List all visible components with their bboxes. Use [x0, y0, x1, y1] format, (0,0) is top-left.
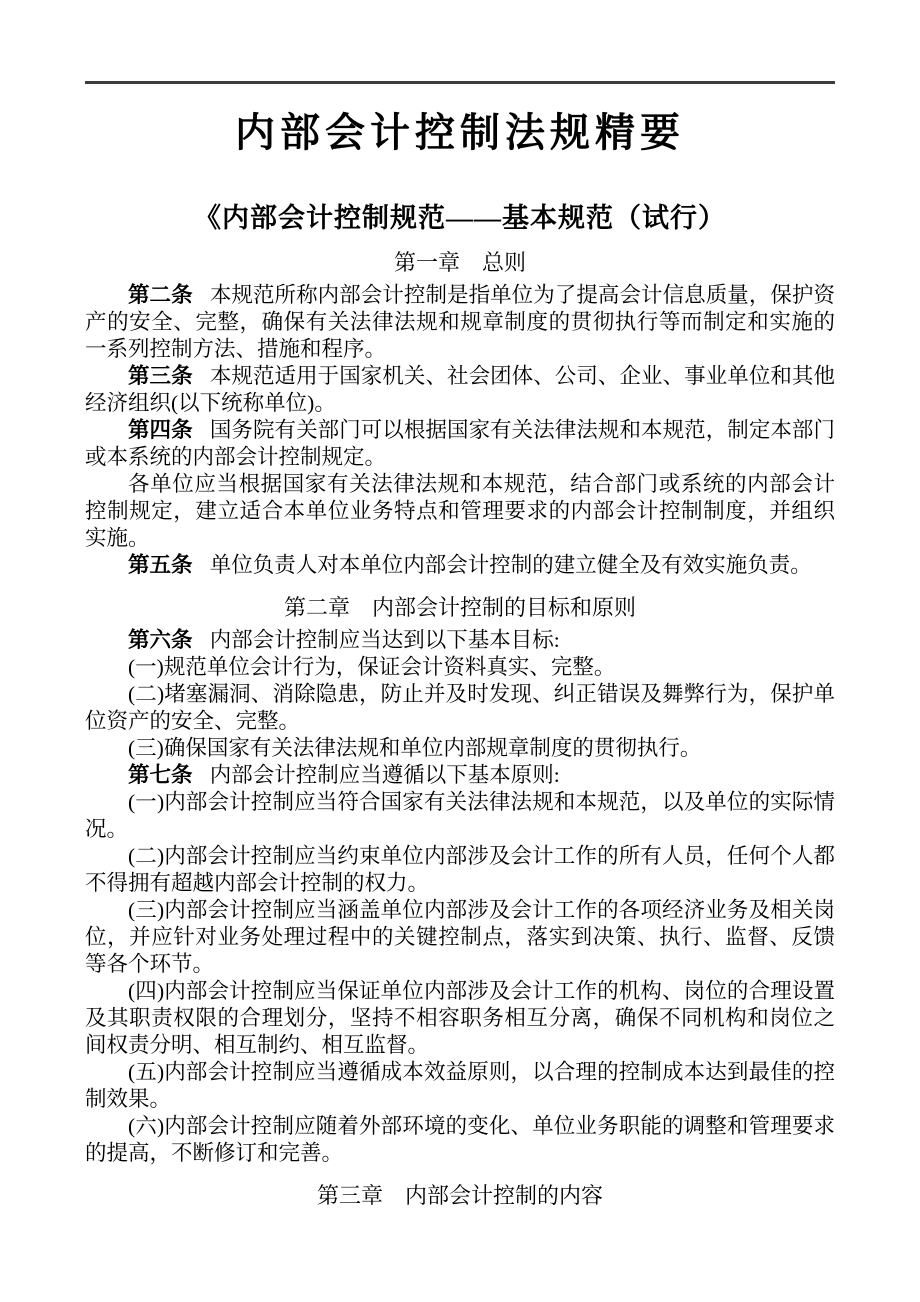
- article-label: 第六条: [128, 628, 193, 652]
- paragraph: (二)堵塞漏洞、消除隐患，防止并及时发现、纠正错误及舞弊行为，保护单位资产的安全…: [85, 681, 835, 735]
- paragraph: 第三条本规范适用于国家机关、社会团体、公司、企业、事业单位和其他经济组织(以下统…: [85, 363, 835, 417]
- paragraph: 第四条国务院有关部门可以根据国家有关法律法规和本规范，制定本部门或本系统的内部会…: [85, 417, 835, 471]
- article-label: 第三条: [128, 364, 193, 388]
- paragraph: 第六条内部会计控制应当达到以下基本目标:: [85, 627, 835, 654]
- paragraph: (六)内部会计控制应随着外部环境的变化、单位业务职能的调整和管理要求的提高，不断…: [85, 1113, 835, 1167]
- paragraph: 各单位应当根据国家有关法律法规和本规范，结合部门或系统的内部会计控制规定，建立适…: [85, 471, 835, 552]
- document-title: 内部会计控制法规精要: [85, 110, 835, 156]
- article-label: 第五条: [128, 553, 193, 577]
- chapter-heading: 第三章 内部会计控制的内容: [85, 1181, 835, 1211]
- document-subtitle: 《内部会计控制规范——基本规范（试行）: [85, 202, 835, 234]
- paragraph: (三)内部会计控制应当涵盖单位内部涉及会计工作的各项经济业务及相关岗位，并应针对…: [85, 897, 835, 978]
- header-rule: [85, 81, 835, 84]
- document-sections: 第一章 总则第二条本规范所称内部会计控制是指单位为了提高会计信息质量，保护资产的…: [85, 248, 835, 1211]
- chapter-heading: 第二章 内部会计控制的目标和原则: [85, 593, 835, 623]
- paragraph: 第七条内部会计控制应当遵循以下基本原则:: [85, 762, 835, 789]
- article-label: 第二条: [128, 283, 193, 307]
- paragraph: (五)内部会计控制应当遵循成本效益原则，以合理的控制成本达到最佳的控制效果。: [85, 1059, 835, 1113]
- paragraph: 第五条单位负责人对本单位内部会计控制的建立健全及有效实施负责。: [85, 552, 835, 579]
- paragraph: 第二条本规范所称内部会计控制是指单位为了提高会计信息质量，保护资产的安全、完整，…: [85, 282, 835, 363]
- paragraph: (二)内部会计控制应当约束单位内部涉及会计工作的所有人员，任何个人都不得拥有超越…: [85, 843, 835, 897]
- paragraph: (三)确保国家有关法律法规和单位内部规章制度的贯彻执行。: [85, 735, 835, 762]
- chapter-heading: 第一章 总则: [85, 248, 835, 278]
- paragraph: (一)内部会计控制应当符合国家有关法律法规和本规范，以及单位的实际情况。: [85, 789, 835, 843]
- article-label: 第四条: [128, 418, 193, 442]
- document-page: 内部会计控制法规精要 《内部会计控制规范——基本规范（试行） 第一章 总则第二条…: [85, 81, 835, 1211]
- paragraph: (一)规范单位会计行为，保证会计资料真实、完整。: [85, 654, 835, 681]
- article-label: 第七条: [128, 763, 193, 787]
- paragraph: (四)内部会计控制应当保证单位内部涉及会计工作的机构、岗位的合理设置及其职责权限…: [85, 978, 835, 1059]
